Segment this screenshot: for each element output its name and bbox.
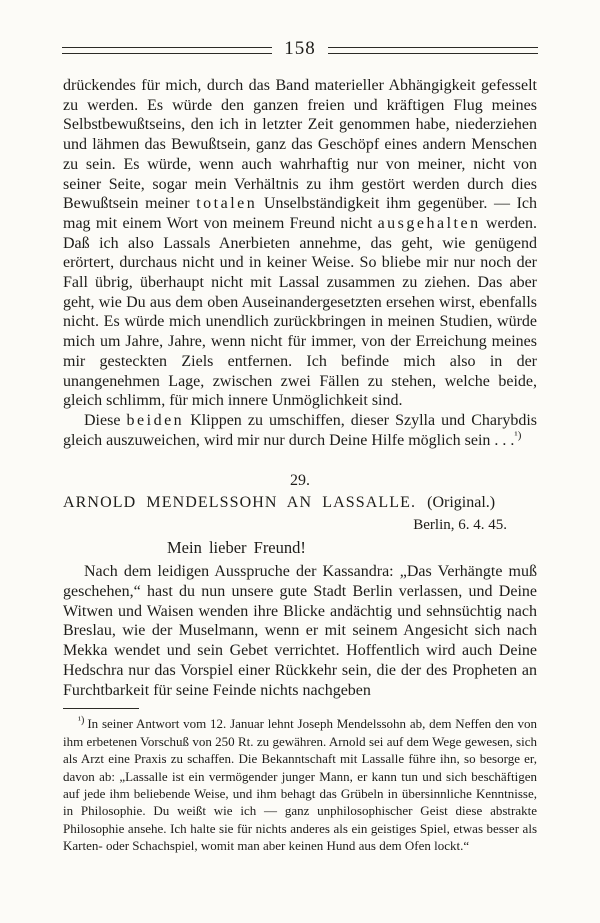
footnote: ¹)In seiner Antwort vom 12. Januar lehnt… xyxy=(63,715,537,854)
emphasized-word-ausgehalten: ausgehalten xyxy=(378,215,481,232)
paragraph-text: drückendes für mich, durch das Band mate… xyxy=(63,77,537,212)
header-rule-left xyxy=(62,47,272,54)
footnote-text: In seiner Antwort vom 12. Januar lehnt J… xyxy=(63,716,537,853)
page-number: 158 xyxy=(281,39,319,58)
letter-dateline: Berlin, 6. 4. 45. xyxy=(63,517,537,534)
emphasized-word-totalen: totalen xyxy=(196,195,257,212)
letter-heading-annotation: (Original.) xyxy=(427,494,495,511)
text-block: drückendes für mich, durch das Band mate… xyxy=(63,76,537,855)
letter-heading: ARNOLD MENDELSSOHN AN LASSALLE.(Original… xyxy=(63,494,537,512)
header-rule-right xyxy=(328,47,538,54)
page-header: 158 xyxy=(62,43,538,58)
letter-28-final-paragraph: drückendes für mich, durch das Band mate… xyxy=(63,76,537,411)
scanned-book-page: 158 drückendes für mich, durch das Band … xyxy=(0,0,600,923)
letter-section-number: 29. xyxy=(63,472,537,490)
paragraph-text: werden. Daß ich also Lassals Anerbieten … xyxy=(63,215,537,409)
footnote-reference: ¹) xyxy=(514,429,521,441)
letter-heading-title: ARNOLD MENDELSSOHN AN LASSALLE. xyxy=(63,494,416,511)
letter-28-closing-paragraph: Diese beiden Klippen zu umschiffen, dies… xyxy=(63,411,537,450)
paragraph-text: Diese xyxy=(84,412,127,429)
footnote-marker: ¹) xyxy=(78,715,87,726)
emphasized-word-beiden: beiden xyxy=(127,412,185,429)
letter-29-body: Nach dem leidigen Ausspruche der Kassand… xyxy=(63,562,537,700)
letter-salutation: Mein lieber Freund! xyxy=(63,538,537,558)
footnote-separator-rule xyxy=(63,708,139,709)
